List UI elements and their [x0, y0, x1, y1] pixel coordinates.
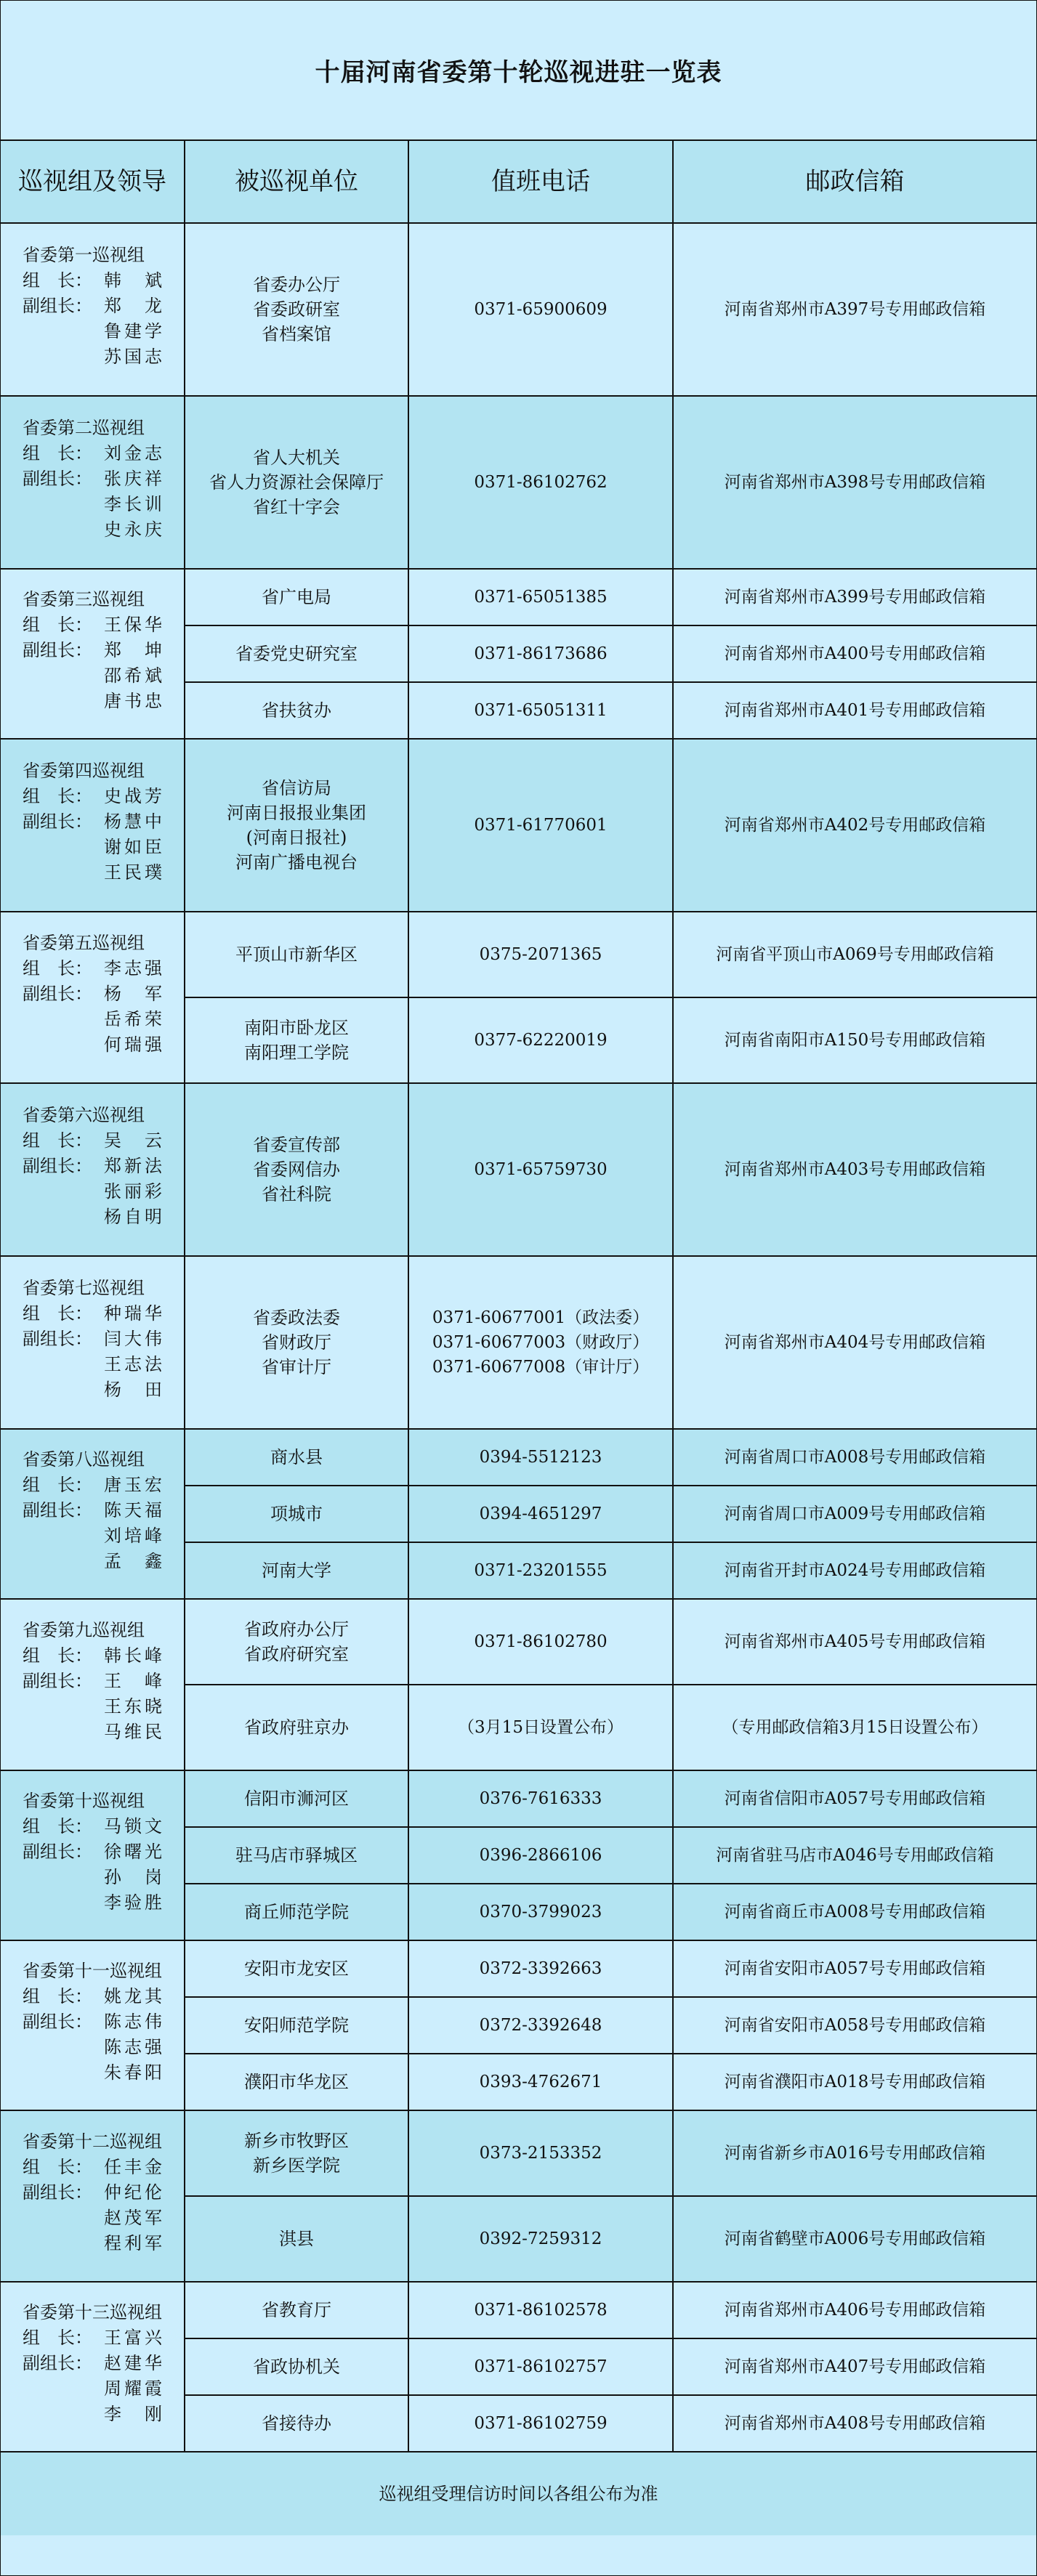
group-name: 省委第四巡视组 — [23, 758, 162, 784]
group-leaders: 省委第十三巡视组组 长：王富兴副组长：赵建华周耀霞李 刚 — [23, 2300, 162, 2427]
mailbox-cell: 河南省郑州市A403号专用邮政信箱 — [673, 1083, 1036, 1256]
deputy-leader-name: 周耀霞 — [104, 2376, 162, 2402]
mailbox-cell: 河南省南阳市A150号专用邮政信箱 — [673, 997, 1036, 1083]
mailbox-cell: 河南省驻马店市A046号专用邮政信箱 — [673, 1827, 1036, 1884]
group-name: 省委第十巡视组 — [23, 1789, 162, 1814]
mailbox-address: 河南省郑州市A397号专用邮政信箱 — [725, 300, 986, 319]
inspected-unit-cell: 安阳师范学院 — [185, 1997, 408, 2054]
deputy-leader-name: 马维民 — [104, 1720, 162, 1745]
role-label: 组 长： — [23, 1473, 104, 1498]
role-label-spacer — [23, 1549, 104, 1574]
role-label-spacer — [23, 2206, 104, 2231]
mailbox-cell: 河南省周口市A008号专用邮政信箱 — [673, 1429, 1036, 1486]
duty-phone-cell: 0371-23201555 — [408, 1542, 673, 1599]
deputy-leader-name: 陈志伟 — [104, 2009, 162, 2035]
role-label: 组 长： — [23, 1643, 104, 1669]
duty-phone: 0371-65051385 — [409, 585, 672, 609]
table-row: 省委第三巡视组组 长：王保华副组长：郑 坤邵希斌唐书忠省广电局0371-6505… — [1, 569, 1036, 625]
duty-phone-cell: （3月15日设置公布） — [408, 1685, 673, 1770]
group-leaders-cell: 省委第四巡视组组 长：史战芳副组长：杨慧中谢如臣王民璞 — [1, 739, 185, 912]
duty-phone: 0392-7259312 — [409, 2227, 672, 2251]
duty-phone: 0371-61770601 — [409, 813, 672, 838]
role-label: 副组长： — [23, 809, 104, 835]
mailbox-address: 河南省安阳市A058号专用邮政信箱 — [725, 2016, 986, 2035]
deputy-leader-name: 王志法 — [104, 1352, 162, 1377]
deputy-leader-name: 杨 田 — [104, 1377, 162, 1403]
deputy-leader-name: 唐书忠 — [104, 689, 162, 714]
inspected-unit: 省人大机关 — [185, 445, 408, 470]
mailbox-cell: 河南省郑州市A404号专用邮政信箱 — [673, 1256, 1036, 1429]
deputy-leader-name: 王东晓 — [104, 1694, 162, 1720]
inspected-unit-cell: 濮阳市华龙区 — [185, 2054, 408, 2110]
mailbox-cell: 河南省濮阳市A018号专用邮政信箱 — [673, 2054, 1036, 2110]
group-leader-name: 史战芳 — [104, 784, 162, 809]
role-label-spacer — [23, 1179, 104, 1204]
mailbox-cell: 河南省新乡市A016号专用邮政信箱 — [673, 2110, 1036, 2196]
mailbox-address: 河南省郑州市A400号专用邮政信箱 — [725, 644, 986, 663]
deputy-leader-name: 郑 坤 — [104, 638, 162, 663]
inspected-unit-cell: 商丘师范学院 — [185, 1884, 408, 1940]
inspected-unit-cell: 安阳市龙安区 — [185, 1940, 408, 1997]
inspected-unit: 河南广播电视台 — [185, 850, 408, 875]
mailbox-cell: 河南省郑州市A399号专用邮政信箱 — [673, 569, 1036, 625]
role-label-spacer — [23, 2060, 104, 2086]
title-row: 十届河南省委第十轮巡视进驻一览表 — [1, 1, 1036, 141]
inspected-unit-cell: 新乡市牧野区新乡医学院 — [185, 2110, 408, 2196]
duty-phone: 0375-2071365 — [409, 942, 672, 967]
duty-phone-cell: 0372-3392663 — [408, 1940, 673, 1997]
duty-phone-cell: 0371-60677001（政法委）0371-60677003（财政厅）0371… — [408, 1256, 673, 1429]
group-leaders-cell: 省委第十一巡视组组 长：姚龙其副组长：陈志伟陈志强朱春阳 — [1, 1940, 185, 2110]
group-leader-name: 唐玉宏 — [104, 1473, 162, 1498]
duty-phone: 0394-5512123 — [409, 1445, 672, 1470]
inspected-unit: 省财政厅 — [185, 1330, 408, 1355]
footer-note: 巡视组受理信访时间以各组公布为准 — [1, 2452, 1036, 2535]
duty-phone: 0376-7616333 — [409, 1786, 672, 1811]
role-label: 组 长： — [23, 2325, 104, 2351]
inspected-unit: 省政府办公厅 — [185, 1617, 408, 1642]
role-label: 组 长： — [23, 268, 104, 293]
duty-phone-cell: 0372-3392648 — [408, 1997, 673, 2054]
inspected-unit: 省委党史研究室 — [185, 641, 408, 666]
group-leaders-cell: 省委第八巡视组组 长：唐玉宏副组长：陈天福刘培峰孟 鑫 — [1, 1429, 185, 1599]
role-label-spacer — [23, 1865, 104, 1890]
deputy-leader-name: 仲纪伦 — [104, 2180, 162, 2206]
role-label-spacer — [23, 1377, 104, 1403]
inspected-unit: 省人力资源社会保障厅 — [185, 470, 408, 495]
inspected-unit: 南阳理工学院 — [185, 1040, 408, 1065]
inspected-unit: 省政府驻京办 — [185, 1715, 408, 1740]
duty-phone-cell: 0370-3799023 — [408, 1884, 673, 1940]
role-label: 副组长： — [23, 2351, 104, 2376]
mailbox-cell: 河南省郑州市A397号专用邮政信箱 — [673, 223, 1036, 396]
role-label: 组 长： — [23, 1984, 104, 2009]
inspected-unit-cell: 省信访局河南日报报业集团(河南日报社)河南广播电视台 — [185, 739, 408, 912]
duty-phone: 0371-86102762 — [409, 470, 672, 495]
role-label-spacer — [23, 2035, 104, 2060]
header-duty-phone: 值班电话 — [408, 141, 673, 223]
mailbox-cell: （专用邮政信箱3月15日设置公布） — [673, 1685, 1036, 1770]
duty-phone-cell: 0371-65051311 — [408, 682, 673, 739]
table-row: 省委第九巡视组组 长：韩长峰副组长：王 峰王东晓马维民省政府办公厅省政府研究室0… — [1, 1599, 1036, 1685]
table-row: 省委第二巡视组组 长：刘金志副组长：张庆祥李长训史永庆省人大机关省人力资源社会保… — [1, 396, 1036, 569]
mailbox-address: 河南省新乡市A016号专用邮政信箱 — [725, 2144, 986, 2163]
inspected-unit: 新乡市牧野区 — [185, 2129, 408, 2153]
table-row: 省委第八巡视组组 长：唐玉宏副组长：陈天福刘培峰孟 鑫商水县0394-55121… — [1, 1429, 1036, 1486]
duty-phone-cell: 0371-86102762 — [408, 396, 673, 569]
deputy-leader-name: 陈天福 — [104, 1498, 162, 1523]
deputy-leader-name: 陈志强 — [104, 2035, 162, 2060]
inspected-unit: 信阳市浉河区 — [185, 1786, 408, 1811]
duty-phone: 0371-23201555 — [409, 1558, 672, 1583]
inspected-unit-cell: 省接待办 — [185, 2395, 408, 2452]
mailbox-address: 河南省安阳市A057号专用邮政信箱 — [725, 1959, 986, 1978]
deputy-leader-name: 李长训 — [104, 492, 162, 517]
deputy-leader-name: 孟 鑫 — [104, 1549, 162, 1574]
duty-phone-cell: 0394-5512123 — [408, 1429, 673, 1486]
mailbox-address: 河南省商丘市A008号专用邮政信箱 — [725, 1903, 986, 1921]
inspected-unit: 省委宣传部 — [185, 1133, 408, 1157]
group-leaders-cell: 省委第十二巡视组组 长：任丰金副组长：仲纪伦赵茂军程利军 — [1, 2110, 185, 2282]
role-label-spacer — [23, 1007, 104, 1032]
inspected-unit-cell: 省政府驻京办 — [185, 1685, 408, 1770]
mailbox-cell: 河南省鹤壁市A006号专用邮政信箱 — [673, 2196, 1036, 2282]
mailbox-address: （专用邮政信箱3月15日设置公布） — [722, 1718, 988, 1737]
mailbox-cell: 河南省商丘市A008号专用邮政信箱 — [673, 1884, 1036, 1940]
group-name: 省委第五巡视组 — [23, 931, 162, 956]
mailbox-cell: 河南省郑州市A408号专用邮政信箱 — [673, 2395, 1036, 2452]
deputy-leader-name: 李验胜 — [104, 1890, 162, 1916]
group-leader-name: 马锁文 — [104, 1814, 162, 1839]
inspected-unit: 商水县 — [185, 1445, 408, 1470]
mailbox-cell: 河南省郑州市A407号专用邮政信箱 — [673, 2338, 1036, 2395]
inspected-unit-cell: 省扶贫办 — [185, 682, 408, 739]
duty-phone: 0371-86102578 — [409, 2298, 672, 2322]
duty-phone-cell: 0371-86102578 — [408, 2282, 673, 2338]
table-row: 省委第十一巡视组组 长：姚龙其副组长：陈志伟陈志强朱春阳安阳市龙安区0372-3… — [1, 1940, 1036, 1997]
role-label-spacer — [23, 517, 104, 543]
inspected-unit-cell: 省教育厅 — [185, 2282, 408, 2338]
inspection-table-sheet: 十届河南省委第十轮巡视进驻一览表 巡视组及领导 被巡视单位 值班电话 邮政信箱 … — [0, 0, 1037, 2576]
role-label-spacer — [23, 2402, 104, 2427]
group-leaders: 省委第四巡视组组 长：史战芳副组长：杨慧中谢如臣王民璞 — [23, 758, 162, 886]
inspected-unit: 河南日报报业集团 — [185, 801, 408, 825]
inspected-unit: 新乡医学院 — [185, 2153, 408, 2178]
inspected-unit: 商丘师范学院 — [185, 1900, 408, 1924]
group-leader-name: 任丰金 — [104, 2155, 162, 2180]
mailbox-address: 河南省郑州市A398号专用邮政信箱 — [725, 473, 986, 492]
group-leaders: 省委第九巡视组组 长：韩长峰副组长：王 峰王东晓马维民 — [23, 1618, 162, 1745]
mailbox-address: 河南省郑州市A401号专用邮政信箱 — [725, 701, 986, 720]
deputy-leader-name: 谢如臣 — [104, 835, 162, 860]
role-label-spacer — [23, 663, 104, 689]
duty-phone: 0371-60677003（财政厅） — [409, 1330, 672, 1355]
duty-phone-cell: 0394-4651297 — [408, 1486, 673, 1542]
duty-phone-cell: 0375-2071365 — [408, 912, 673, 997]
inspected-unit: 安阳师范学院 — [185, 2013, 408, 2038]
group-leaders: 省委第六巡视组组 长：吴 云副组长：郑新法张丽彩杨自明 — [23, 1103, 162, 1230]
group-name: 省委第十一巡视组 — [23, 1959, 162, 1984]
group-leaders-cell: 省委第十三巡视组组 长：王富兴副组长：赵建华周耀霞李 刚 — [1, 2282, 185, 2452]
duty-phone: 0373-2153352 — [409, 2141, 672, 2166]
mailbox-cell: 河南省郑州市A402号专用邮政信箱 — [673, 739, 1036, 912]
duty-phone-cell: 0392-7259312 — [408, 2196, 673, 2282]
deputy-leader-name: 李 刚 — [104, 2402, 162, 2427]
group-leader-name: 种瑞华 — [104, 1301, 162, 1327]
deputy-leader-name: 孙 岗 — [104, 1865, 162, 1890]
duty-phone-cell: 0371-86173686 — [408, 625, 673, 682]
inspected-unit-cell: 省委政法委省财政厅省审计厅 — [185, 1256, 408, 1429]
group-leaders: 省委第三巡视组组 长：王保华副组长：郑 坤邵希斌唐书忠 — [23, 587, 162, 714]
deputy-leader-name: 张丽彩 — [104, 1179, 162, 1204]
group-leaders-cell: 省委第一巡视组组 长：韩 斌副组长：郑 龙鲁建学苏国志 — [1, 223, 185, 396]
role-label: 组 长： — [23, 1301, 104, 1327]
duty-phone: 0371-65051311 — [409, 698, 672, 723]
inspected-unit-cell: 省人大机关省人力资源社会保障厅省红十字会 — [185, 396, 408, 569]
group-leader-name: 王保华 — [104, 612, 162, 638]
group-leaders-cell: 省委第七巡视组组 长：种瑞华副组长：闫大伟王志法杨 田 — [1, 1256, 185, 1429]
group-leaders: 省委第七巡视组组 长：种瑞华副组长：闫大伟王志法杨 田 — [23, 1276, 162, 1403]
deputy-leader-name: 邵希斌 — [104, 663, 162, 689]
duty-phone-cell: 0377-62220019 — [408, 997, 673, 1083]
inspected-unit: 省审计厅 — [185, 1355, 408, 1380]
table-row: 省委第一巡视组组 长：韩 斌副组长：郑 龙鲁建学苏国志省委办公厅省委政研室省档案… — [1, 223, 1036, 396]
duty-phone: 0371-65759730 — [409, 1157, 672, 1182]
role-label: 组 长： — [23, 1128, 104, 1154]
mailbox-cell: 河南省郑州市A406号专用邮政信箱 — [673, 2282, 1036, 2338]
mailbox-address: 河南省周口市A008号专用邮政信箱 — [725, 1448, 986, 1467]
inspected-unit-cell: 商水县 — [185, 1429, 408, 1486]
mailbox-address: 河南省郑州市A407号专用邮政信箱 — [725, 2357, 986, 2376]
role-label-spacer — [23, 492, 104, 517]
duty-phone: 0393-4762671 — [409, 2070, 672, 2094]
group-leaders-cell: 省委第六巡视组组 长：吴 云副组长：郑新法张丽彩杨自明 — [1, 1083, 185, 1256]
deputy-leader-name: 王民璞 — [104, 860, 162, 886]
table-body: 省委第一巡视组组 长：韩 斌副组长：郑 龙鲁建学苏国志省委办公厅省委政研室省档案… — [1, 223, 1036, 2452]
group-name: 省委第七巡视组 — [23, 1276, 162, 1301]
role-label: 组 长： — [23, 784, 104, 809]
role-label: 副组长： — [23, 2180, 104, 2206]
inspected-unit: 省信访局 — [185, 776, 408, 801]
group-leaders: 省委第十一巡视组组 长：姚龙其副组长：陈志伟陈志强朱春阳 — [23, 1959, 162, 2086]
duty-phone-cell: 0371-86102780 — [408, 1599, 673, 1685]
duty-phone: 0371-86102757 — [409, 2354, 672, 2379]
deputy-leader-name: 苏国志 — [104, 344, 162, 370]
inspected-unit: 省扶贫办 — [185, 698, 408, 723]
role-label: 副组长： — [23, 1327, 104, 1352]
duty-phone-cell: 0396-2866106 — [408, 1827, 673, 1884]
table-row: 省委第十三巡视组组 长：王富兴副组长：赵建华周耀霞李 刚省教育厅0371-861… — [1, 2282, 1036, 2338]
group-leaders: 省委第二巡视组组 长：刘金志副组长：张庆祥李长训史永庆 — [23, 416, 162, 543]
group-leader-name: 姚龙其 — [104, 1984, 162, 2009]
inspected-unit: 省委办公厅 — [185, 272, 408, 297]
inspected-unit: 平顶山市新华区 — [185, 942, 408, 967]
mailbox-address: 河南省郑州市A405号专用邮政信箱 — [725, 1632, 986, 1651]
table-row: 省委第四巡视组组 长：史战芳副组长：杨慧中谢如臣王民璞省信访局河南日报报业集团(… — [1, 739, 1036, 912]
inspected-unit-cell: 驻马店市驿城区 — [185, 1827, 408, 1884]
mailbox-address: 河南省郑州市A399号专用邮政信箱 — [725, 588, 986, 607]
inspected-unit: 省政协机关 — [185, 2354, 408, 2379]
inspected-unit-cell: 省委宣传部省委网信办省社科院 — [185, 1083, 408, 1256]
inspected-unit: (河南日报社) — [185, 825, 408, 850]
duty-phone: 0396-2866106 — [409, 1843, 672, 1868]
role-label: 副组长： — [23, 981, 104, 1007]
inspected-unit-cell: 省委办公厅省委政研室省档案馆 — [185, 223, 408, 396]
role-label: 副组长： — [23, 1669, 104, 1694]
deputy-leader-name: 郑新法 — [104, 1154, 162, 1179]
inspected-unit: 省红十字会 — [185, 495, 408, 519]
role-label-spacer — [23, 689, 104, 714]
group-name: 省委第六巡视组 — [23, 1103, 162, 1128]
group-name: 省委第十二巡视组 — [23, 2129, 162, 2155]
group-leaders-cell: 省委第二巡视组组 长：刘金志副组长：张庆祥李长训史永庆 — [1, 396, 185, 569]
inspected-unit-cell: 南阳市卧龙区南阳理工学院 — [185, 997, 408, 1083]
table-row: 省委第十巡视组组 长：马锁文副组长：徐曙光孙 岗李验胜信阳市浉河区0376-76… — [1, 1770, 1036, 1827]
role-label-spacer — [23, 1204, 104, 1230]
mailbox-address: 河南省南阳市A150号专用邮政信箱 — [725, 1031, 986, 1050]
inspected-unit: 省档案馆 — [185, 322, 408, 347]
group-leader-name: 王富兴 — [104, 2325, 162, 2351]
header-row: 巡视组及领导 被巡视单位 值班电话 邮政信箱 — [1, 141, 1036, 223]
group-name: 省委第三巡视组 — [23, 587, 162, 612]
group-name: 省委第八巡视组 — [23, 1447, 162, 1473]
deputy-leader-name: 史永庆 — [104, 517, 162, 543]
inspected-unit: 省委网信办 — [185, 1157, 408, 1182]
role-label: 组 长： — [23, 956, 104, 981]
mailbox-address: 河南省平顶山市A069号专用邮政信箱 — [716, 945, 994, 964]
role-label-spacer — [23, 1694, 104, 1720]
mailbox-address: 河南省周口市A009号专用邮政信箱 — [725, 1504, 986, 1523]
mailbox-cell: 河南省郑州市A405号专用邮政信箱 — [673, 1599, 1036, 1685]
role-label-spacer — [23, 1523, 104, 1549]
deputy-leader-name: 杨 军 — [104, 981, 162, 1007]
group-leader-name: 韩长峰 — [104, 1643, 162, 1669]
duty-phone-cell: 0373-2153352 — [408, 2110, 673, 2196]
inspected-unit: 省委政法委 — [185, 1305, 408, 1330]
inspected-unit: 濮阳市华龙区 — [185, 2070, 408, 2094]
group-leaders: 省委第一巡视组组 长：韩 斌副组长：郑 龙鲁建学苏国志 — [23, 243, 162, 370]
deputy-leader-name: 徐曙光 — [104, 1839, 162, 1865]
inspected-unit-cell: 省政府办公厅省政府研究室 — [185, 1599, 408, 1685]
inspected-unit: 安阳市龙安区 — [185, 1956, 408, 1981]
inspected-unit: 项城市 — [185, 1502, 408, 1526]
role-label: 副组长： — [23, 1498, 104, 1523]
role-label: 组 长： — [23, 2155, 104, 2180]
role-label-spacer — [23, 860, 104, 886]
mailbox-cell: 河南省信阳市A057号专用邮政信箱 — [673, 1770, 1036, 1827]
inspected-unit: 淇县 — [185, 2227, 408, 2251]
mailbox-address: 河南省驻马店市A046号专用邮政信箱 — [716, 1846, 994, 1865]
deputy-leader-name: 郑 龙 — [104, 293, 162, 319]
inspected-unit: 省委政研室 — [185, 297, 408, 322]
deputy-leader-name: 何瑞强 — [104, 1032, 162, 1058]
group-name: 省委第一巡视组 — [23, 243, 162, 268]
duty-phone: 0371-86102780 — [409, 1629, 672, 1654]
group-leader-name: 吴 云 — [104, 1128, 162, 1154]
mailbox-address: 河南省开封市A024号专用邮政信箱 — [725, 1561, 986, 1580]
duty-phone: 0372-3392648 — [409, 2013, 672, 2038]
mailbox-address: 河南省鹤壁市A006号专用邮政信箱 — [725, 2229, 986, 2248]
mailbox-cell: 河南省郑州市A400号专用邮政信箱 — [673, 625, 1036, 682]
mailbox-cell: 河南省开封市A024号专用邮政信箱 — [673, 1542, 1036, 1599]
mailbox-cell: 河南省郑州市A401号专用邮政信箱 — [673, 682, 1036, 739]
deputy-leader-name: 程利军 — [104, 2231, 162, 2256]
mailbox-address: 河南省郑州市A408号专用邮政信箱 — [725, 2414, 986, 2433]
inspected-unit-cell: 平顶山市新华区 — [185, 912, 408, 997]
mailbox-cell: 河南省周口市A009号专用邮政信箱 — [673, 1486, 1036, 1542]
group-leaders: 省委第五巡视组组 长：李志强副组长：杨 军岳希荣何瑞强 — [23, 931, 162, 1058]
duty-phone: 0370-3799023 — [409, 1900, 672, 1924]
mailbox-cell: 河南省郑州市A398号专用邮政信箱 — [673, 396, 1036, 569]
group-leader-name: 韩 斌 — [104, 268, 162, 293]
group-leaders: 省委第十巡视组组 长：马锁文副组长：徐曙光孙 岗李验胜 — [23, 1789, 162, 1916]
deputy-leader-name: 鲁建学 — [104, 319, 162, 344]
inspected-unit: 省社科院 — [185, 1182, 408, 1207]
group-name: 省委第九巡视组 — [23, 1618, 162, 1643]
group-leaders-cell: 省委第十巡视组组 长：马锁文副组长：徐曙光孙 岗李验胜 — [1, 1770, 185, 1940]
mailbox-cell: 河南省安阳市A058号专用邮政信箱 — [673, 1997, 1036, 2054]
deputy-leader-name: 朱春阳 — [104, 2060, 162, 2086]
inspected-unit-cell: 省委党史研究室 — [185, 625, 408, 682]
group-leaders-cell: 省委第五巡视组组 长：李志强副组长：杨 军岳希荣何瑞强 — [1, 912, 185, 1083]
role-label-spacer — [23, 2231, 104, 2256]
duty-phone: （3月15日设置公布） — [409, 1715, 672, 1740]
duty-phone-cell: 0371-65900609 — [408, 223, 673, 396]
role-label-spacer — [23, 835, 104, 860]
inspected-unit: 省政府研究室 — [185, 1642, 408, 1666]
role-label-spacer — [23, 1720, 104, 1745]
inspected-unit: 省广电局 — [185, 585, 408, 609]
role-label: 副组长： — [23, 638, 104, 663]
duty-phone: 0394-4651297 — [409, 1502, 672, 1526]
role-label-spacer — [23, 344, 104, 370]
mailbox-cell: 河南省平顶山市A069号专用邮政信箱 — [673, 912, 1036, 997]
deputy-leader-name: 闫大伟 — [104, 1327, 162, 1352]
mailbox-address: 河南省郑州市A406号专用邮政信箱 — [725, 2301, 986, 2320]
duty-phone-cell: 0371-86102759 — [408, 2395, 673, 2452]
inspected-unit: 南阳市卧龙区 — [185, 1016, 408, 1040]
inspected-unit-cell: 河南大学 — [185, 1542, 408, 1599]
role-label-spacer — [23, 319, 104, 344]
deputy-leader-name: 赵茂军 — [104, 2206, 162, 2231]
duty-phone-cell: 0393-4762671 — [408, 2054, 673, 2110]
footer-row: 巡视组受理信访时间以各组公布为准 — [1, 2452, 1036, 2535]
duty-phone: 0371-65900609 — [409, 297, 672, 322]
table-row: 省委第七巡视组组 长：种瑞华副组长：闫大伟王志法杨 田省委政法委省财政厅省审计厅… — [1, 1256, 1036, 1429]
inspected-unit-cell: 项城市 — [185, 1486, 408, 1542]
header-group-leaders: 巡视组及领导 — [1, 141, 185, 223]
group-name: 省委第十三巡视组 — [23, 2300, 162, 2325]
group-leader-name: 李志强 — [104, 956, 162, 981]
duty-phone: 0372-3392663 — [409, 1956, 672, 1981]
deputy-leader-name: 王 峰 — [104, 1669, 162, 1694]
group-leaders-cell: 省委第三巡视组组 长：王保华副组长：郑 坤邵希斌唐书忠 — [1, 569, 185, 739]
header-inspected-unit: 被巡视单位 — [185, 141, 408, 223]
duty-phone: 0371-60677008（审计厅） — [409, 1355, 672, 1380]
group-leaders: 省委第十二巡视组组 长：任丰金副组长：仲纪伦赵茂军程利军 — [23, 2129, 162, 2256]
inspected-unit-cell: 省广电局 — [185, 569, 408, 625]
inspected-unit-cell: 淇县 — [185, 2196, 408, 2282]
inspected-unit-cell: 省政协机关 — [185, 2338, 408, 2395]
mailbox-address: 河南省郑州市A403号专用邮政信箱 — [725, 1160, 986, 1179]
inspected-unit: 驻马店市驿城区 — [185, 1843, 408, 1868]
table-row: 省委第十二巡视组组 长：任丰金副组长：仲纪伦赵茂军程利军新乡市牧野区新乡医学院0… — [1, 2110, 1036, 2196]
role-label: 副组长： — [23, 1839, 104, 1865]
mailbox-address: 河南省郑州市A404号专用邮政信箱 — [725, 1333, 986, 1352]
duty-phone: 0371-86173686 — [409, 641, 672, 666]
deputy-leader-name: 岳希荣 — [104, 1007, 162, 1032]
table-row: 省委第六巡视组组 长：吴 云副组长：郑新法张丽彩杨自明省委宣传部省委网信办省社科… — [1, 1083, 1036, 1256]
